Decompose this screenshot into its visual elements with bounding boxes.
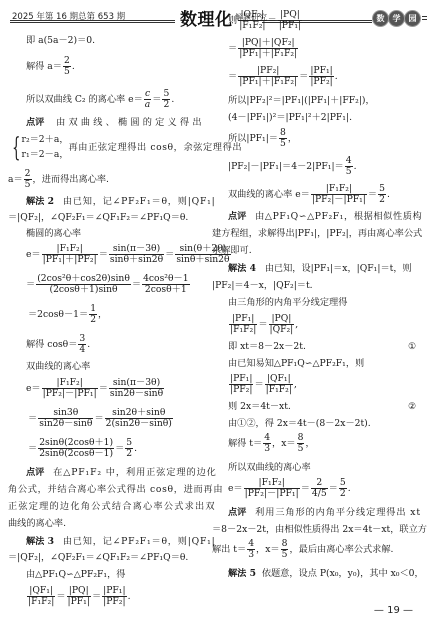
method-4-eccentricity: e＝|F₁F₂||PF₂|－|PF₁|＝24/5＝52. [228, 478, 351, 499]
comment-label: 点评 [26, 117, 44, 128]
comment-1-line-b: {r₂＝2＋a，r₁＝2－a，再由正弦定理得出 cosθ，余弦定理得出 [8, 133, 242, 162]
equation-line: 即 a(5a－2)＝0. [26, 36, 95, 45]
method-3-line-a: 解法 3 由已知，记∠PF₂F₁＝θ，则|QF₁| [26, 537, 216, 546]
method-4-line-b: |PF₂|＝4－x，|QF₂|＝t. [212, 281, 313, 290]
badge-yuan-icon: 园 [404, 10, 421, 27]
cos-solution: 解得 cosθ＝34. [26, 334, 90, 355]
badge-shu-icon: 数 [372, 10, 389, 27]
comment-label: 点评 [26, 467, 44, 478]
method-3-ratio: |QF₁||F₁F₂|＝|PQ||PF₁|＝|PF₁||PF₂|. [26, 586, 130, 607]
r-eq-6: 所以|PF₁|＝85， [228, 128, 297, 149]
hyperbola-eq-2: ＝sin3θsin2θ－sinθ＝sin2θ＋sinθ2(sin2θ－sinθ) [28, 408, 174, 429]
comment-4-line-c: 解出 t＝43，x＝85，最后由离心率公式求解. [212, 539, 393, 560]
equation-2-tag: ② [408, 402, 416, 411]
r-eq-1: 则|QF₂||F₁F₂|＝|PQ||PF₁| [228, 10, 303, 31]
r-eq-3: ＝|PF₂||PF₁|＋|F₁F₂|＝|PF₁||PF₂|. [228, 66, 338, 87]
header-rule-left [10, 20, 175, 23]
r-eq-4: 所以|PF₂|²＝|PF₁|(|PF₁|＋|FF₂|)， [228, 96, 375, 105]
hyperbola-eccentricity-label: 双曲线的离心率 [26, 362, 90, 371]
solution-a: 解得 a＝25. [26, 56, 75, 77]
method-4-line-d: 由已知易知△PF₁Q∽△PF₂F₁，则 [228, 359, 364, 368]
method-4-solution: 解得 t＝43，x＝85， [228, 433, 315, 454]
page-number: — 19 — [374, 605, 413, 616]
comment-2-line-d: 曲线的离心率. [8, 519, 66, 528]
comment-4-line-a: 点评 利用三角形的内角平分线定理得出 xt [228, 508, 421, 517]
comment-2-line-b: 角公式，并结合离心率公式得出 cosθ，进而再由 [8, 485, 223, 494]
badge-xue-icon: 学 [388, 10, 405, 27]
eccentricity-result: 所以双曲线 C₂ 的离心率 e＝ca＝52. [26, 89, 174, 110]
comment-2-line-a: 点评 在△PF₁F₂ 中，利用正弦定理的边化 [26, 468, 217, 477]
equation-2: 则 2x＝4t－xt. [228, 402, 291, 411]
ellipse-eq-1: e＝|F₁F₂||PF₁|＋|PF₂|＝sin(π－3θ)sinθ＋sin2θ＝… [26, 244, 232, 265]
page-header: 2025 年第 16 期总第 653 期 数理化 解题研究 数 学 园 [0, 0, 427, 30]
comment-label: 点评 [228, 211, 246, 222]
method-4-ratio-2: |PF₁||PF₂|＝|QF₁||F₁F₂|, [228, 374, 297, 395]
r-eq-8: 双曲线的离心率 e＝|F₁F₂||PF₂|－|PF₁|＝52. [228, 184, 390, 205]
method-4-line-e: 由①②，得 2x＝4t－(8－2x－2t). [228, 419, 371, 428]
ellipse-eq-3: ＝2cosθ－1＝12， [28, 304, 107, 325]
comment-label: 点评 [228, 507, 246, 518]
method-4-line-c: 由三角形的内角平分线定理得 [228, 298, 347, 307]
ellipse-eccentricity-label: 椭圆的离心率 [26, 229, 81, 238]
hyperbola-eq-1: e＝|F₁F₂||PF₂|－|PF₁|＝sin(π－3θ)sin2θ－sinθ [26, 378, 165, 399]
ellipse-eq-2: ＝(2cos²θ＋cos2θ)sinθ(2cosθ＋1)sinθ＝4cos²θ－… [26, 274, 191, 295]
comment-2-line-c: 正弦定理的边化角公式结合离心率公式求出双 [8, 502, 216, 511]
journal-title: 数理化 [180, 5, 233, 30]
method-4-line-f: 所以双曲线的离心率 [228, 463, 311, 472]
comment-4-line-b: ＝8－2x－2t，由相似性质得出 2x＝4t－xt，联立方程 [212, 525, 427, 534]
hyperbola-eq-3: ＝2sinθ(2cosθ＋1)2sinθ(2cosθ－1)＝52. [28, 438, 137, 459]
method-3-line-b: ＝|QF₂|，∠QF₂F₁＝∠QF₁F₂＝∠PF₁Q＝θ. [8, 553, 188, 562]
r-eq-2: ＝|PQ|＋|QF₂||PF₁|＋|F₁F₂| [228, 38, 299, 59]
comment-1-line-c: a＝25，进而得出离心率. [8, 169, 109, 190]
method-label: 解法 4 [228, 263, 256, 274]
r-eq-5: (4－|PF₁|)²＝|PF₁|²＋2|PF₁|. [228, 113, 352, 122]
r-eq-7: |PF₂|－|PF₁|＝4－2|PF₁|＝45. [228, 156, 357, 177]
method-2-line-b: ＝|QF₂|，∠QF₂F₁＝∠QF₁F₂＝∠PF₁Q＝θ. [8, 213, 188, 222]
method-2-line-a: 解法 2 由已知，记∠PF₂F₁＝θ，则|QF₁| [26, 197, 216, 206]
method-label: 解法 3 [26, 536, 54, 547]
method-label: 解法 5 [228, 568, 256, 579]
fraction: 25 [63, 56, 71, 77]
comment-1-line-a: 点评 由双曲线、椭圆的定义得出 [26, 118, 205, 127]
equation-1: 即 xt＝8－2x－2t. [228, 342, 306, 351]
equation-1-tag: ① [408, 342, 416, 351]
method-3-line-c: 由△PF₁Q∽△PF₂F₁，得 [26, 570, 125, 579]
method-5-line-a: 解法 5 依题意，设点 P(x₀，y₀)，其中 x₀＜0， [228, 569, 424, 578]
method-4-ratio-1: |PF₁||F₁F₂|＝|PQ||QF₂|, [228, 314, 298, 335]
comment-3-line-c: 求解即可. [212, 246, 252, 255]
method-4-line-a: 解法 4 由已知，设|PF₁|＝x，|QF₁|＝t，则 [228, 264, 412, 273]
method-label: 解法 2 [26, 196, 54, 207]
header-dash [422, 16, 427, 20]
comment-3-line-a: 点评 由△PF₁Q∽△PF₂F₁，根据相似性质构 [228, 212, 422, 221]
comment-3-line-b: 建方程组，求解得出|PF₁|，|PF₂|，再由离心率公式 [212, 229, 422, 238]
